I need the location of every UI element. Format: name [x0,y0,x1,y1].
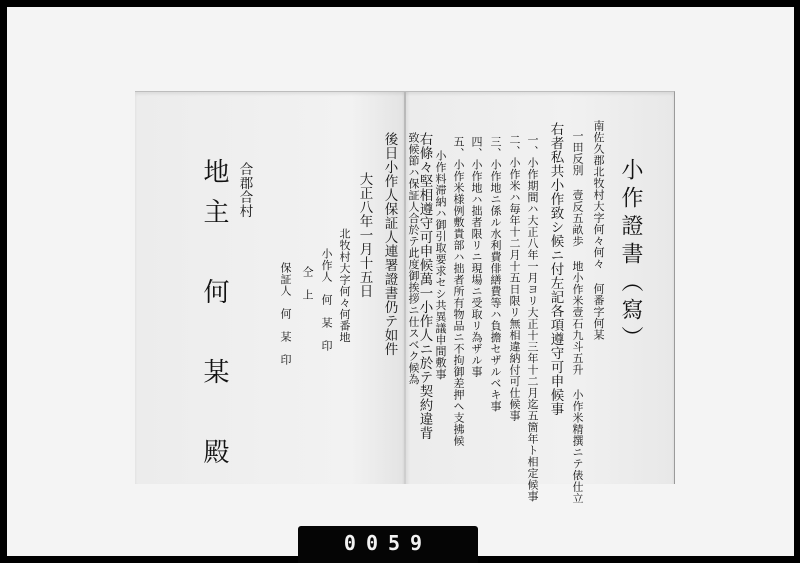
right-page-column-1: 南佐久郡北牧村大字何々何々 何番字何某 [593,120,604,341]
right-page-column-4: 一、小作期間ハ大正八年一月ヨリ大正十三年十二月迄五箇年ト相定候事 [527,134,538,502]
page-fold [404,92,406,484]
right-page-column-11: 致候節ハ保証人合於テ此度御挨拶ニ仕スベク候為 [408,132,419,385]
date-line: 大正八年一月十五日 [357,172,371,298]
right-page-column-2: 一田反別 壹反五畝歩 地小作米壹石九斗五升 小作米精撰ニテ俵仕立 [572,130,583,504]
right-page-column-5: 二、小作米ハ毎年十二月十五日限リ無相違納付可仕候事 [509,134,520,422]
archive-number: 0059 [298,531,478,555]
archive-number-plate: 0059 [298,526,478,563]
same-address-note: 仝 上 [302,266,313,301]
right-page-column-7: 四、小作地ハ拙者限リニ現場ニ受取リ為ザル事 [471,136,482,378]
landlord-district: 合郡合村 [237,162,251,218]
right-page-column-8: 五、小作米様例敷貴部ハ拙者所有物品ニ不拘御差押ヘ支拂候 [453,136,464,447]
tenant-signature: 小作人 何 某 印 [321,248,332,352]
left-page-closing: 後日小作人保証人連署證書仍テ如件 [382,132,396,356]
right-page-column-9: 小作料滞納ハ御引取要求セシ共異議申間敷事 [435,150,446,380]
guarantor-signature: 保証人 何 某 印 [280,262,291,366]
scan-mount: 小作證書（寫） 南佐久郡北牧村大字何々何々 何番字何某 一田反別 壹反五畝歩 地… [7,7,794,556]
landlord-addressee: 地主 何 某 殿 [201,158,227,478]
document-sheet: 小作證書（寫） 南佐久郡北牧村大字何々何々 何番字何某 一田反別 壹反五畝歩 地… [135,91,675,484]
right-page-column-6: 三、小作地ニ係ル水利費俳繕費等ハ負擔セザルベキ事 [490,136,501,412]
right-page-column-3: 右者私共小作致シ候ニ付左記各項遵守可申候事 [548,122,562,416]
document-title: 小作證書（寫） [619,158,641,354]
tenant-address: 北牧村大字何々何番地 [339,228,350,343]
